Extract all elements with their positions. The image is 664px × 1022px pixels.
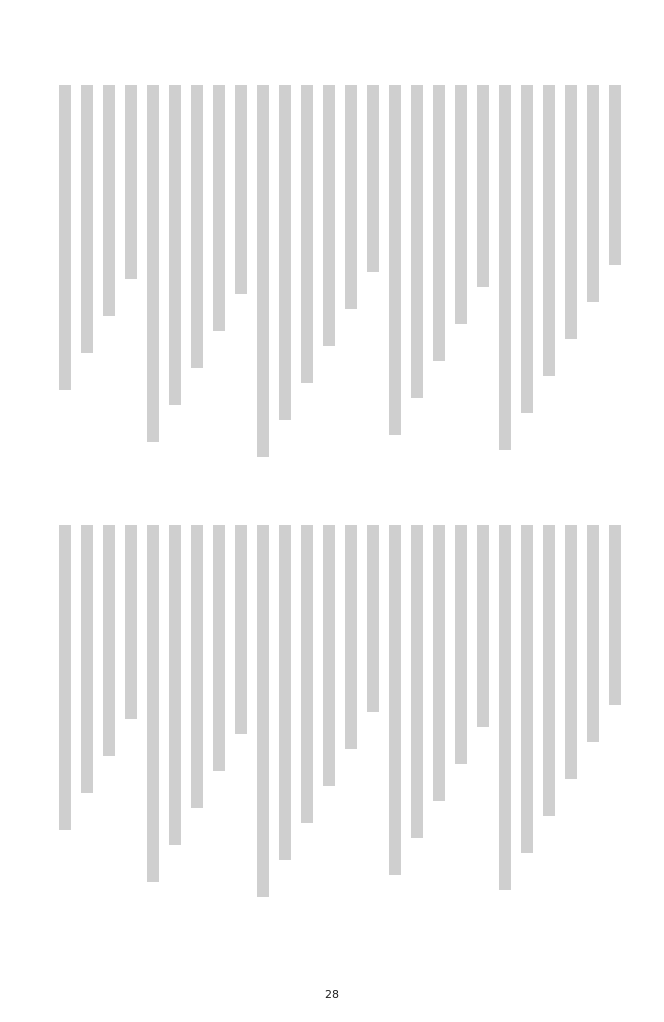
text-column bbox=[496, 525, 514, 925]
text-column bbox=[56, 525, 74, 925]
text-column bbox=[342, 525, 360, 925]
text-column bbox=[408, 85, 426, 485]
text-column bbox=[540, 85, 558, 485]
text-column bbox=[144, 525, 162, 925]
text-column bbox=[276, 525, 294, 925]
text-column bbox=[518, 525, 536, 925]
text-column bbox=[210, 85, 228, 485]
text-column bbox=[562, 525, 580, 925]
text-column bbox=[474, 525, 492, 925]
text-column bbox=[518, 85, 536, 485]
top-text-tier bbox=[40, 85, 624, 485]
text-column bbox=[254, 85, 272, 485]
text-column bbox=[430, 525, 448, 925]
text-column bbox=[584, 525, 602, 925]
text-column bbox=[342, 85, 360, 485]
text-column bbox=[298, 525, 316, 925]
text-column bbox=[100, 85, 118, 485]
text-column bbox=[78, 525, 96, 925]
text-column bbox=[166, 85, 184, 485]
text-column bbox=[606, 525, 624, 925]
text-column bbox=[320, 85, 338, 485]
text-column bbox=[562, 85, 580, 485]
text-column bbox=[386, 525, 404, 925]
text-column bbox=[276, 85, 294, 485]
text-column bbox=[188, 525, 206, 925]
text-column bbox=[364, 85, 382, 485]
text-column bbox=[584, 85, 602, 485]
text-column bbox=[430, 85, 448, 485]
text-column bbox=[166, 525, 184, 925]
text-column bbox=[122, 525, 140, 925]
text-column bbox=[144, 85, 162, 485]
text-column bbox=[606, 85, 624, 485]
text-column bbox=[210, 525, 228, 925]
text-column bbox=[122, 85, 140, 485]
text-column bbox=[100, 525, 118, 925]
text-column bbox=[364, 525, 382, 925]
text-column bbox=[232, 85, 250, 485]
text-column bbox=[452, 525, 470, 925]
bottom-text-tier bbox=[40, 525, 624, 925]
page-number: 28 bbox=[0, 988, 664, 1001]
text-column bbox=[232, 525, 250, 925]
text-column bbox=[320, 525, 338, 925]
text-column bbox=[496, 85, 514, 485]
text-column bbox=[452, 85, 470, 485]
text-column bbox=[408, 525, 426, 925]
text-column bbox=[298, 85, 316, 485]
text-column bbox=[78, 85, 96, 485]
text-column bbox=[540, 525, 558, 925]
text-column bbox=[474, 85, 492, 485]
text-column bbox=[386, 85, 404, 485]
text-column bbox=[188, 85, 206, 485]
text-column bbox=[56, 85, 74, 485]
text-column bbox=[254, 525, 272, 925]
